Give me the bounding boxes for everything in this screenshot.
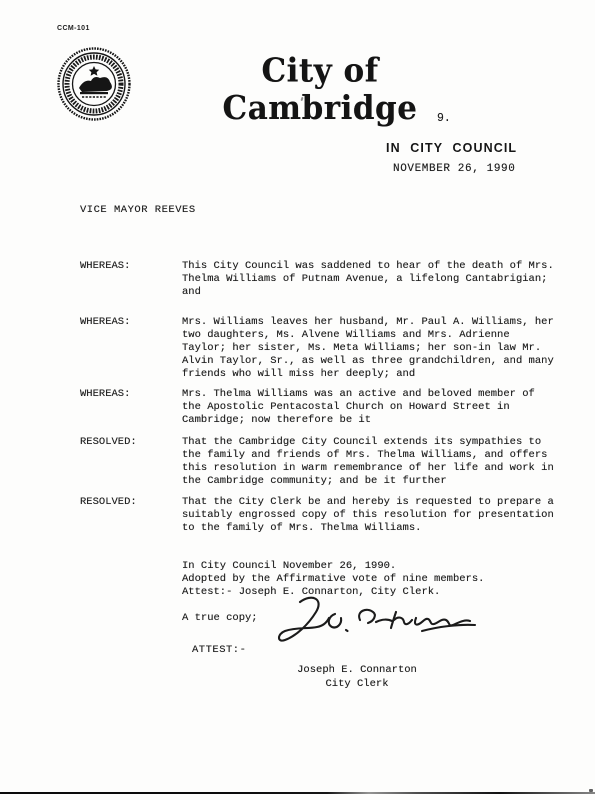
clause-whereas-3: WHEREAS: Mrs. Thelma Williams was an act… [80, 388, 580, 427]
clause-label: RESOLVED: [80, 436, 182, 488]
clause-whereas-2: WHEREAS: Mrs. Williams leaves her husban… [80, 316, 580, 381]
clause-resolved-2: RESOLVED: That the City Clerk be and her… [80, 496, 580, 535]
scanned-document-page: CCM-101 City of Cambridge 9. IN CITY COU… [0, 0, 595, 800]
page-number: 9. [437, 112, 451, 125]
signatory-block: Joseph E. Connarton City Clerk [277, 664, 437, 691]
clause-label: WHEREAS: [80, 260, 182, 299]
form-code: CCM-101 [57, 25, 90, 32]
clause-text: That the Cambridge City Council extends … [182, 436, 580, 488]
signatory-title: City Clerk [277, 678, 437, 692]
clause-label: WHEREAS: [80, 388, 182, 427]
sponsor-line: VICE MAYOR REEVES [80, 204, 196, 216]
council-heading: IN CITY COUNCIL [386, 141, 517, 155]
scan-edge-line [0, 792, 595, 794]
clause-label: RESOLVED: [80, 496, 182, 535]
scan-speck [589, 789, 593, 792]
clause-whereas-1: WHEREAS: This City Council was saddened … [80, 260, 580, 299]
true-copy-label: A true copy; [182, 612, 258, 624]
clause-text: Mrs. Thelma Williams was an active and b… [182, 388, 580, 427]
attest-label: ATTEST:- [192, 644, 246, 656]
clause-text: This City Council was saddened to hear o… [182, 260, 580, 299]
council-date: NOVEMBER 26, 1990 [393, 163, 515, 175]
clause-text: Mrs. Williams leaves her husband, Mr. Pa… [182, 316, 580, 381]
signature-icon [272, 590, 487, 650]
city-seal-icon [55, 46, 133, 122]
document-title: City of Cambridge [165, 53, 475, 128]
clause-label: WHEREAS: [80, 316, 182, 381]
clause-text: That the City Clerk be and hereby is req… [182, 496, 580, 535]
clause-resolved-1: RESOLVED: That the Cambridge City Counci… [80, 436, 580, 488]
signatory-name: Joseph E. Connarton [277, 664, 437, 678]
